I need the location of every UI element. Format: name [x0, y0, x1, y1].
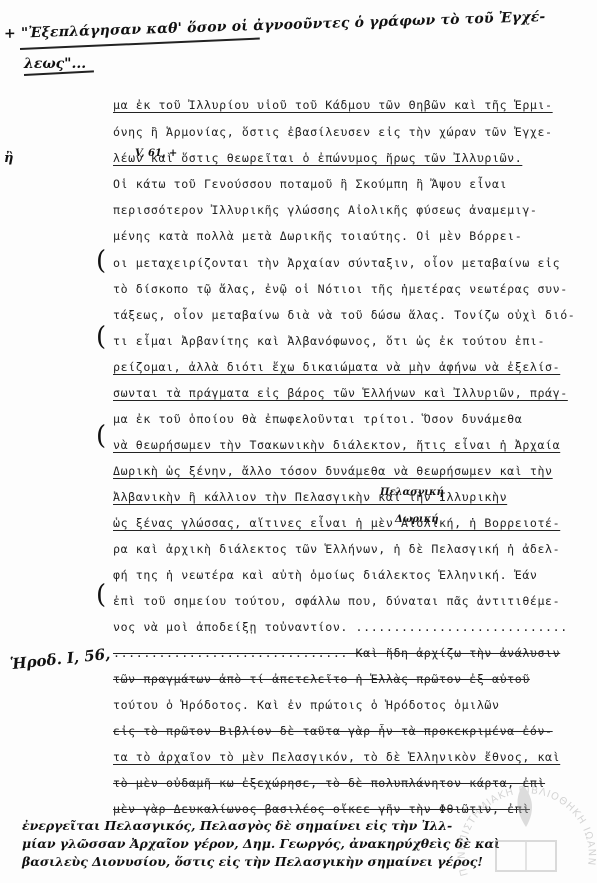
typed-line: μα ἐκ τοῦ Ἰλλυρίου υἱοῦ τοῦ Κάδμου τῶν Θ… [113, 98, 553, 112]
library-stamp: ΠΑΝΕΠΙΣΤΗΜΙΑΚΗ ΒΙΒΛΙΟΘΗΚΗ ΙΩΑΝΝΙΝΩΝ [448, 755, 597, 883]
typed-line: λέων καὶ ὅστις θεωρεῖται ὁ ἐπώνυμος ἥρως… [113, 151, 522, 165]
typed-line: μένης κατὰ πολλὰ μετὰ Δωρικῆς τοιαύτης. … [113, 229, 522, 243]
typed-line: ἐπὶ τοῦ σημείου τούτου, σφάλλω που, δύνα… [113, 594, 560, 608]
typed-line: ............................... Καὶ ἤδη … [113, 646, 560, 660]
handwritten-header-line-1: + "Ἐξεπλάγησαν καθ' ὅσον οἱ ἀγνοοῦντες ὁ… [4, 9, 546, 42]
typed-line: ὡς ξένας γλώσσας, αἵτινες εἶναι ἡ μὲν Αἰ… [113, 516, 560, 530]
typed-line: φή της ἡ νεωτέρα καὶ αὐτὴ ὁμοίως διάλεκτ… [113, 568, 537, 582]
typed-line: Οἱ κάτω τοῦ Γενούσσου ποταμοῦ ἢ Σκούμπη … [113, 177, 507, 191]
typed-line: τι εἶμαι Ἀρβανίτης καὶ Ἀλβανόφωνος, ὅτι … [113, 334, 545, 348]
typed-line: περισσότερον Ἰλλυρικῆς γλώσσης Αἰολικῆς … [113, 203, 537, 217]
typed-line: μα ἐκ τοῦ ὁποίου θὰ ἐπωφελοῦνται τρίτοι.… [113, 412, 522, 426]
typed-line: νος νὰ μοὶ ἀποδείξῃ τοὐναντίον. ........… [113, 620, 568, 634]
typed-line: τὸ δίσκοπο τῷ ἄλας, ἐνῷ οἱ Νότιοι τῆς ἡμ… [113, 282, 568, 296]
handwritten-header-line-2: λεως"... [24, 56, 86, 72]
typed-line: Ἀλβανικὴν ἢ κάλλιον τὴν Πελασγικὴν καὶ τ… [113, 490, 507, 504]
manuscript-page: + "Ἐξεπλάγησαν καθ' ὅσον οἱ ἀγνοοῦντες ὁ… [0, 0, 597, 883]
typed-line: ρείζομαι, ἀλλὰ διότι ἔχω δικαιώματα νὰ μ… [113, 360, 560, 374]
handwritten-footer-line-1: ἐνεργεῖται Πελασγικός, Πελασγὸς δὲ σημαί… [22, 818, 452, 833]
typed-line: νὰ θεωρήσωμεν τὴν Τσακωνικὴν διάλεκτον, … [113, 438, 560, 452]
margin-bracket-3: ( [96, 421, 106, 451]
margin-note-or: ἢ [4, 151, 13, 166]
margin-bracket-4: ( [96, 580, 106, 610]
typed-line: τούτου ὁ Ἡρόδοτος. Καὶ ἐν πρώτοις ὁ Ἡρόδ… [113, 698, 500, 712]
typed-line: οι μεταχειρίζονται τὴν Ἀρχαίαν σύνταξιν,… [113, 256, 560, 270]
typed-line: σωνται τὰ πράγματα εἰς βάρος τῶν Ἑλλήνων… [113, 386, 568, 400]
typed-line: Δωρικὴ ὡς ξένην, ἄλλο τόσον δυνάμεθα νὰ … [113, 464, 553, 478]
margin-bracket-1: ( [96, 246, 106, 276]
handwritten-footer-line-3: βασιλεὺς Διονυσίου, ὅστις εἰς τὴν Πελασγ… [22, 854, 483, 869]
handwritten-footer-line-2: μίαν γλῶσσαν Ἀρχαῖον γέρον, Δημ. Γεωργός… [22, 836, 500, 851]
typed-line: ρα καὶ ἀρχικὴ διάλεκτος τῶν Ἑλλήνων, ἡ δ… [113, 542, 560, 556]
margin-bracket-2: ( [96, 322, 106, 352]
typed-line: τάξεως, οἷον μεταβαίνω διὰ νὰ τοῦ δώσω ἅ… [113, 308, 575, 322]
typed-line: τῶν πραγμάτων ἀπὸ τί ἀπετελεῖτο ἡ Ἑλλὰς … [113, 672, 530, 686]
margin-note-herodotus-ref: Ἡροδ. I, 56, [9, 645, 111, 673]
typed-line: εἰς τὸ πρῶτον Βιβλίον δὲ ταῦτα γὰρ ἦν τὰ… [113, 724, 553, 738]
typed-line: όνης ἢ Ἁρμονίας, ὅστις ἐβασίλευσεν εἰς τ… [113, 125, 553, 139]
